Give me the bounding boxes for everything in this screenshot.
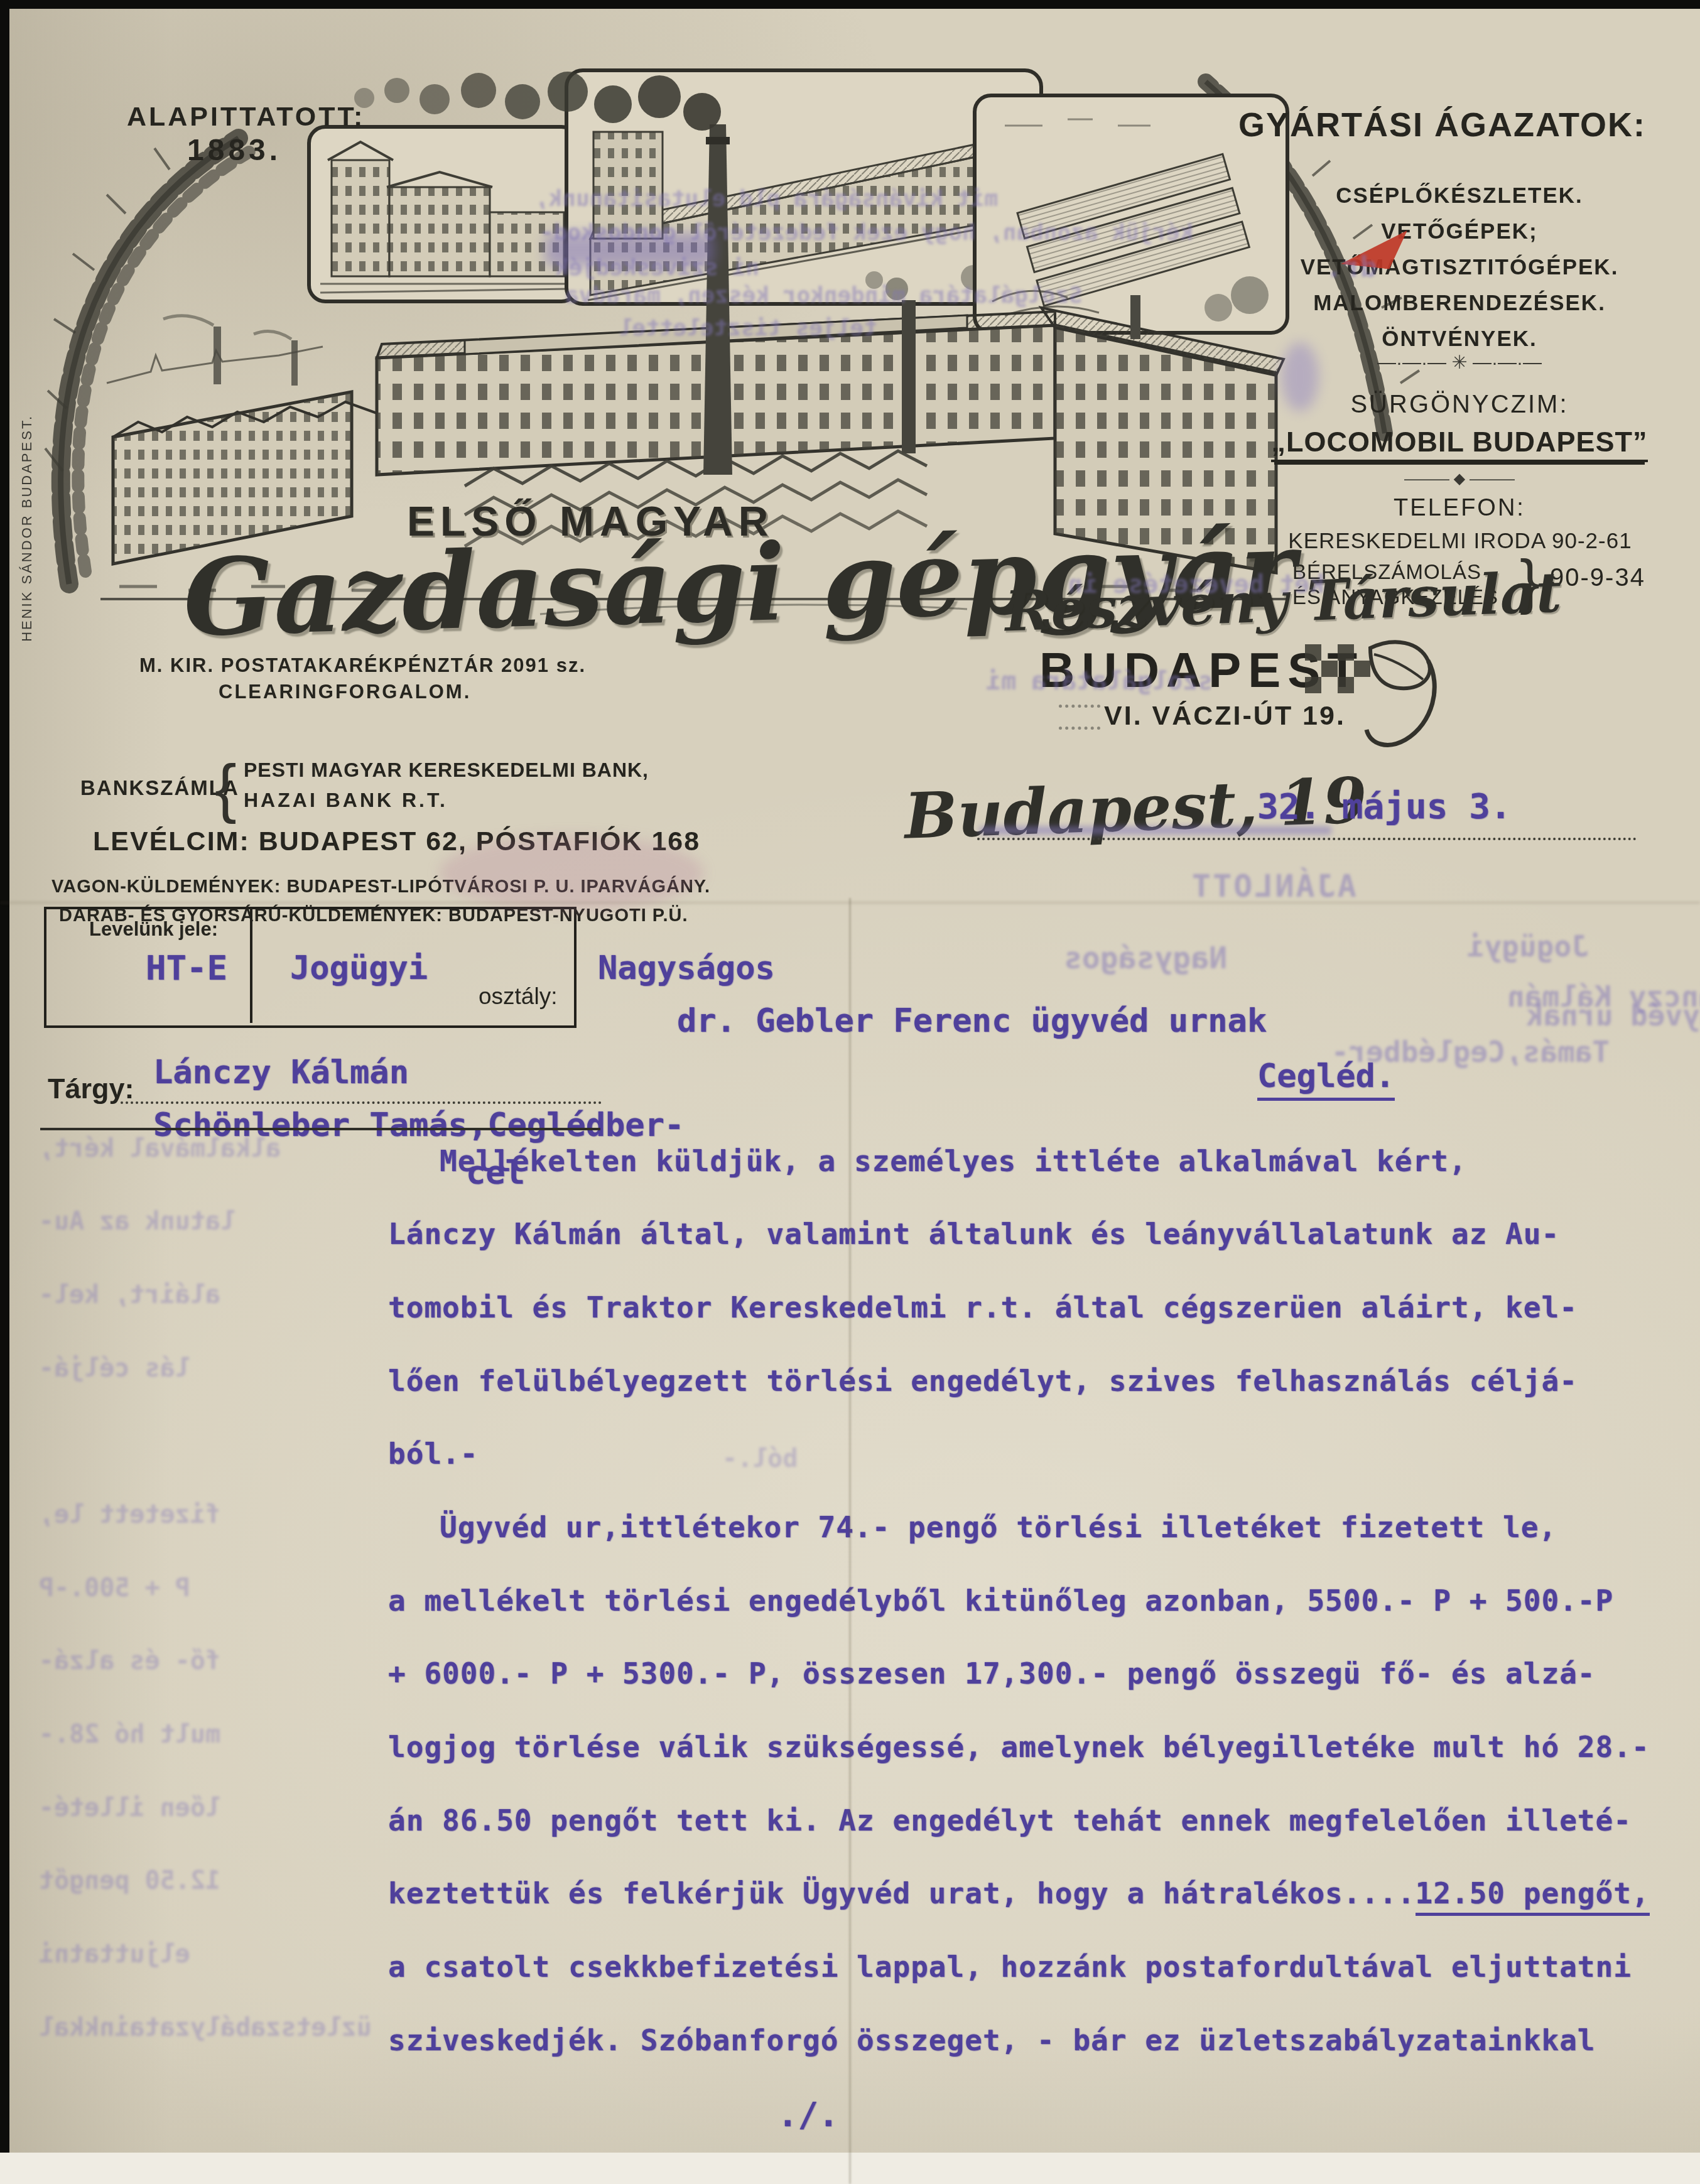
body-line: a csatolt csekkbefizetési lappal, hozzán… [388, 1950, 1632, 1984]
subject-strike-rule [40, 1128, 600, 1130]
scan-edge-top [0, 0, 1700, 9]
branches-list: CSÉPLŐKÉSZLETEK. VETŐGÉPEK; VETŐMAGTISZT… [1262, 183, 1657, 352]
branch-item: ÖNTVÉNYEK. [1262, 327, 1657, 352]
continuation-mark: ./. [777, 2095, 839, 2134]
body-line: án 86.50 pengőt tett ki. Az engedélyt te… [388, 1803, 1632, 1837]
fold-crease-vertical [849, 898, 851, 2184]
ghost-margin: mult hó 28.- [39, 1720, 220, 1749]
engraver-credit: HENIK SÁNDOR BUDAPEST. [19, 414, 35, 642]
phone-label: TELEFON: [1262, 495, 1657, 522]
ghost-text: ügyvéd urnak [1526, 998, 1700, 1032]
ghost-margin: latunk az Au- [39, 1207, 236, 1236]
subject-dotted-rule [121, 1081, 602, 1104]
branches-divider: —·—·— ✳ —·—·— [1262, 352, 1657, 374]
vignette-left [309, 127, 578, 301]
body-line: a mellékelt törlési engedélyből kitünőle… [388, 1584, 1613, 1618]
telegram-value: „LOCOMOBIL BUDAPEST” [1262, 426, 1657, 458]
ghost-margin: ból.- [722, 1444, 798, 1473]
ghost-text: dr. [1325, 250, 1377, 284]
postal-line1: M. KIR. POSTATAKARÉKPÉNZTÁR 2091 sz. [139, 654, 586, 677]
ghost-margin: fő- és alzá- [39, 1646, 220, 1675]
phone-number2: 90-9-34 [1550, 564, 1645, 592]
bank-line2: HAZAI BANK R.T. [244, 789, 448, 812]
street-smudge [1059, 705, 1100, 730]
ghost-margin: lően illeté- [39, 1793, 220, 1822]
ghost-text: Jogügyi [1467, 929, 1589, 963]
body-line: tomobil és Traktor Kereskedelmi r.t. ált… [388, 1290, 1578, 1324]
ghost-text: teljes tisztelettel [619, 315, 877, 341]
branch-item: VETŐGÉPEK; [1262, 219, 1657, 244]
ghost-margin: fizetett le, [39, 1500, 220, 1529]
ghost-margin: eljuttatni [39, 1940, 190, 1969]
recipient-salutation: Nagyságos [598, 949, 775, 987]
ghost-margin: üzletszabályzatainkkal [39, 2013, 372, 2042]
phone-line1: KERESKEDELMI IRODA 90-2-61 [1240, 529, 1680, 554]
reference-box-divider [250, 907, 252, 1023]
body-line: Ügyvéd ur,ittlétekor 74.- pengő törlési … [440, 1510, 1557, 1544]
body-line: lően felülbélyegzett törlési engedélyt, … [388, 1364, 1578, 1398]
ghost-text: Nagyságos [1064, 941, 1227, 976]
leaf-flourish [1300, 635, 1451, 755]
telegram-label: SÜRGÖNYCZIM: [1262, 391, 1657, 419]
ghost-text: szolgálatára mi [986, 667, 1213, 696]
ghost-margin: P + 500.-P [39, 1574, 190, 1603]
body-line: Mellékelten küldjük, a személyes ittléte… [440, 1144, 1467, 1178]
ghost-text: mit kivánságára pld elutasitanunk, [535, 186, 998, 212]
body-line: Lánczy Kálmán által, valamint általunk é… [388, 1217, 1559, 1251]
ghost-text: két bevezetése in [1068, 570, 1324, 599]
recipient-line: dr. Gebler Ferenc ügyvéd urnak [677, 1002, 1267, 1040]
body-line: sziveskedjék. Szóbanforgó összeget, - bá… [388, 2023, 1596, 2057]
company-street: VI. VÁCZI-ÚT 19. [1104, 701, 1346, 732]
founded-year: 1883. [187, 133, 281, 168]
refbox-department: Jogügyi [290, 949, 428, 987]
bank-brace: { [215, 751, 237, 826]
bank-line1: PESTI MAGYAR KERESKEDELMI BANK, [244, 759, 649, 782]
ghost-margin: alkalmával kért, [39, 1134, 281, 1163]
body-line: ból.- [388, 1437, 478, 1471]
ghost-margin: aláirt, kel- [39, 1280, 220, 1309]
ghost-margin: lás céljá- [39, 1354, 190, 1383]
body-line-underlined: keztettük és felkérjük Ügyvéd urat, hogy… [388, 1876, 1650, 1910]
branch-item: CSÉPLŐKÉSZLETEK. [1262, 183, 1657, 208]
branch-item: MALOMBERENDEZÉSEK. [1262, 291, 1657, 316]
founded-label: ALAPITTATOTT: [127, 102, 365, 132]
ghost-text: Tamás,Ceglédber- [1331, 1035, 1610, 1069]
fold-crease-horizontal [0, 902, 1700, 904]
scan-edge-left [0, 0, 9, 2155]
postal-line2: CLEARINGFORGALOM. [219, 681, 471, 703]
branch-item: VETŐMAGTISZTITÓGÉPEK. [1262, 255, 1657, 280]
branches-title: GYÁRTÁSI ÁGAZATOK: [1238, 105, 1646, 144]
ghost-smear [1281, 342, 1319, 411]
ghost-text: ni sziveskedjék [555, 255, 759, 281]
ghost-margin: 12.50 pengőt [39, 1866, 220, 1895]
body-line: logjog törlése válik szükségessé, amelyn… [388, 1730, 1650, 1764]
ink-smudge [440, 835, 703, 911]
refbox-label: Levelünk jele: [89, 918, 218, 941]
dateline-ink-smear [980, 826, 1331, 835]
branches-divider2: ——— ◆ ——— [1262, 470, 1657, 488]
refbox-department-label: osztály: [479, 983, 557, 1010]
ghost-text: Szolgálatára mindenkor készen, maradva [565, 283, 1083, 308]
letter-page: HENIK SÁNDOR BUDAPEST. ALAPITTATOTT: 188… [0, 0, 1700, 2184]
body-line: + 6000.- P + 5300.- P, összesen 17,300.-… [388, 1657, 1596, 1690]
refbox-code: HT-E [146, 948, 227, 988]
ghost-registered: AJÁNLOTT [1190, 868, 1356, 904]
